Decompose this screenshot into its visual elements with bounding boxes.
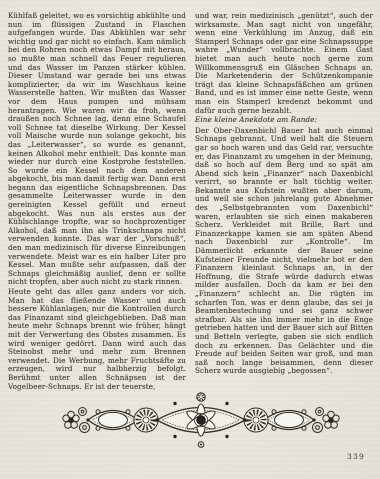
- loop-eye: [86, 410, 138, 430]
- page-number: 339: [347, 452, 365, 461]
- anecdote-heading: Eine kleine Anekdote am Rande:: [195, 116, 373, 125]
- left-column: Kühlfaß geleitet, wo es vorsichtig abküh…: [8, 12, 186, 391]
- filigree-ornament: [62, 390, 340, 452]
- center-rosette: [155, 393, 247, 448]
- text-columns: Kühlfaß geleitet, wo es vorsichtig abküh…: [8, 12, 372, 391]
- right-column: und war, rein medizinisch „genützt“, auc…: [195, 12, 373, 391]
- top-wheel: [197, 393, 205, 401]
- bottom-knob: [198, 442, 204, 448]
- paragraph-intro: und war, rein medizinisch „genützt“, auc…: [195, 12, 373, 115]
- paragraph-anecdote: Der Ober-Daxenbichl Bauer hat auch einma…: [195, 127, 373, 376]
- fan-burst: [134, 408, 158, 432]
- end-flower: [63, 411, 79, 428]
- paragraph-today: Heute geht das alles ganz anders vor sic…: [8, 288, 186, 391]
- filigree-ornament-graphic: [62, 390, 340, 452]
- paragraph-distilling: Kühlfaß geleitet, wo es vorsichtig abküh…: [8, 12, 186, 287]
